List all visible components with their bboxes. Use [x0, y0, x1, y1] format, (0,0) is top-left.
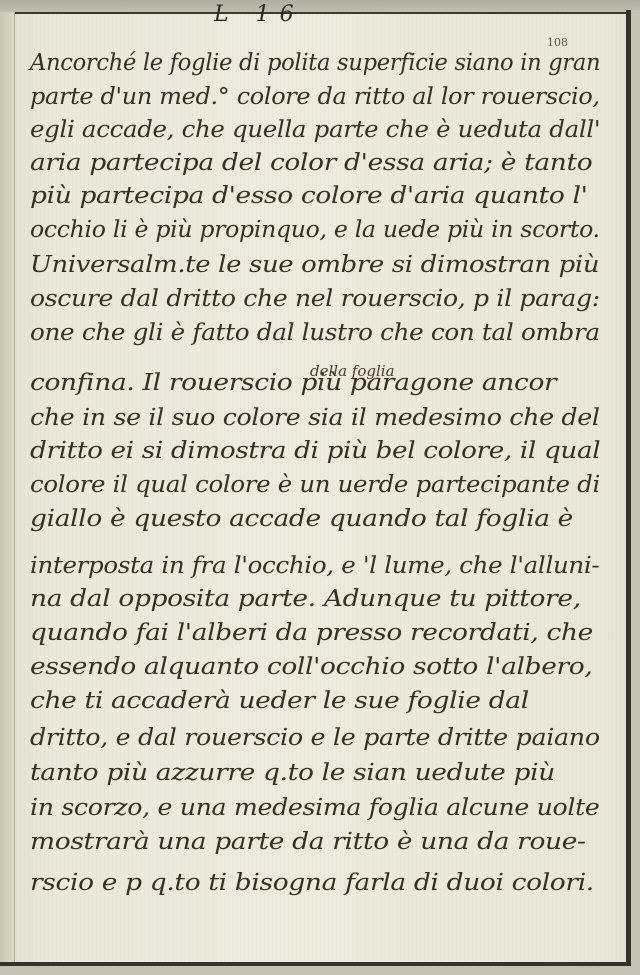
text-line: tanto più azzurre q.to le sian uedute pi…	[30, 760, 555, 786]
text-line: Ancorché le foglie di polita superficie …	[30, 50, 600, 76]
text-line: parte d'un med.° colore da ritto al lor …	[30, 84, 600, 110]
text-line: colore il qual colore è un uerde parteci…	[30, 472, 600, 498]
text-line: interposta in fra l'occhio, e 'l lume, c…	[30, 553, 599, 579]
line-text: confina. Il rouerscio più paragone ancor	[30, 370, 556, 396]
text-line: occhio li è più propinquo, e la uede più…	[30, 217, 600, 243]
text-line: che in se il suo colore sia il medesimo …	[30, 405, 600, 431]
page-number: 108	[547, 36, 568, 49]
text-line: one che gli è fatto dal lustro che con t…	[30, 320, 600, 346]
text-line: dritto, e dal rouerscio e le parte dritt…	[30, 725, 600, 751]
left-page-edge	[0, 12, 15, 964]
text-line: che ti accaderà ueder le sue foglie dal	[30, 688, 529, 714]
text-line: in scorzo, e una medesima foglia alcune …	[30, 795, 599, 821]
right-margin	[631, 10, 640, 975]
text-line: quando fai l'alberi da presso recordati,…	[30, 620, 593, 646]
text-line: oscure dal dritto che nel rouerscio, p i…	[30, 286, 600, 312]
text-line: confina. Il rouerscio più paragone ancor	[30, 370, 556, 396]
text-line: più partecipa d'esso colore d'aria quant…	[30, 183, 588, 209]
text-line: dritto ei si dimostra di più bel colore,…	[30, 438, 600, 464]
folio-mark: L 16	[214, 2, 304, 27]
text-line: mostrarà una parte da ritto è una da rou…	[30, 829, 586, 855]
text-line: na dal opposita parte. Adunque tu pittor…	[30, 586, 581, 612]
manuscript-scan: L 16 108 Ancorché le foglie di polita su…	[0, 0, 640, 975]
text-line: giallo è questo accade quando tal foglia…	[30, 506, 573, 532]
bottom-margin	[0, 966, 640, 975]
text-line: essendo alquanto coll'occhio sotto l'alb…	[30, 654, 592, 680]
text-line: Universalm.te le sue ombre si dimostran …	[30, 252, 599, 278]
text-line: rscio e p q.to ti bisogna farla di duoi …	[30, 870, 594, 896]
text-line: aria partecipa del color d'essa aria; è …	[30, 150, 592, 176]
text-line: egli accade, che quella parte che è uedu…	[30, 117, 600, 143]
